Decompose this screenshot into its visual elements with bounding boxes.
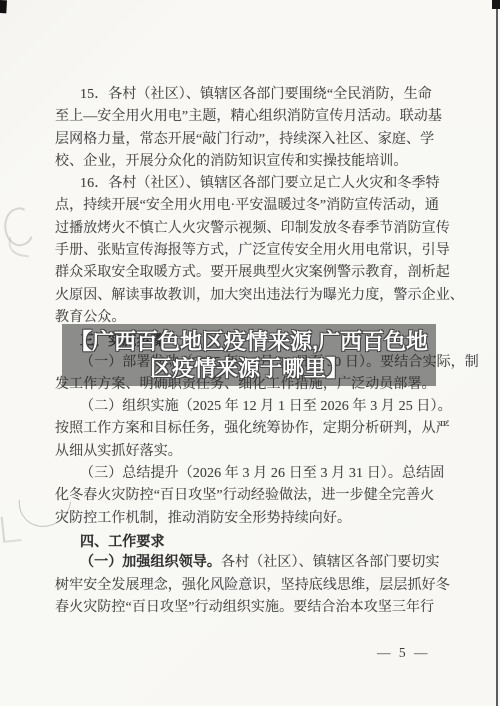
scan-artifact-smudge	[1, 515, 22, 543]
text-line: （三）总结提升（2026 年 3 月 26 日至 3 月 31 日）。总结固	[55, 463, 447, 485]
text-line: 校、企业，开展分众化的消防知识宣传和实操技能培训。	[55, 151, 447, 173]
text-line: 灾防控工作机制，推动消防安全形势持续向好。	[55, 508, 447, 530]
scan-artifact-smudge	[7, 237, 31, 258]
text-line: 层网格力量，常态开展“敲门行动”，持续深入社区、家庭、学	[55, 129, 447, 151]
seo-spam-overlay-banner: 【广西百色地区疫情来源,广西百色地 区疫情来源于哪里】	[62, 324, 436, 386]
page-number: — 5 —	[377, 645, 430, 661]
text-line: （二）组织实施（2025 年 12 月 1 日至 2026 年 3 月 25 日…	[55, 396, 447, 418]
text-line: 群众采取安全取暖方式。要开展典型火灾案例警示教育，剖析起	[55, 262, 447, 284]
scanned-page: 15．各村（社区）、镇辖区各部门要围绕“全民消防，生命至上—安全用火用电”主题，…	[0, 0, 500, 706]
scan-artifact-corner-mark	[0, 0, 7, 13]
text-line: 化冬春火灾防控“百日攻坚”行动经验做法，进一步健全完善火	[55, 485, 447, 507]
text-line: 点，持续开展“安全用火用电·平安温暖过冬”消防宣传活动，通	[55, 195, 447, 217]
text-line: 手册、张贴宣传海报等方式，广泛宣传安全用火用电常识，引导	[55, 240, 447, 262]
text-line: 火原因、解读事故教训，加大突出违法行为曝光力度，警示企业、	[55, 285, 447, 307]
scan-artifact-corner-mark	[492, 0, 500, 9]
text-line: 15．各村（社区）、镇辖区各部门要围绕“全民消防，生命	[55, 84, 447, 106]
text-line: 过播放烤火不慎亡人火灾警示视频、印制发放冬春季节消防宣传	[55, 218, 447, 240]
text-line: 树牢安全发展理念，强化风险意识，坚持底线思维，层层抓好冬	[55, 575, 447, 597]
scan-artifact-page-edge	[496, 0, 498, 706]
section-heading: 四、工作要求	[55, 530, 447, 552]
text-line: 16．各村（社区）、镇辖区各部门要立足亡人火灾和冬季特	[55, 173, 447, 195]
text-line: 至上—安全用火用电”主题，精心组织消防宣传月活动。联动基	[55, 106, 447, 128]
bold-lead-in: （一）加强组织领导。	[80, 555, 221, 570]
text-line: 春火灾防控“百日攻坚”行动组织实施。要结合治本攻坚三年行	[55, 597, 447, 619]
text-line: 按照工作方案和目标任务，强化统筹协作，定期分析研判，从严	[55, 418, 447, 440]
overlay-text-line-2: 区疫情来源于哪里】	[150, 355, 348, 382]
text-line: （一）加强组织领导。各村（社区）、镇辖区各部门要切实	[55, 552, 447, 574]
text-line: 从细从实抓好落实。	[55, 441, 447, 463]
overlay-text-line-1: 【广西百色地区疫情来源,广西百色地	[70, 328, 428, 355]
